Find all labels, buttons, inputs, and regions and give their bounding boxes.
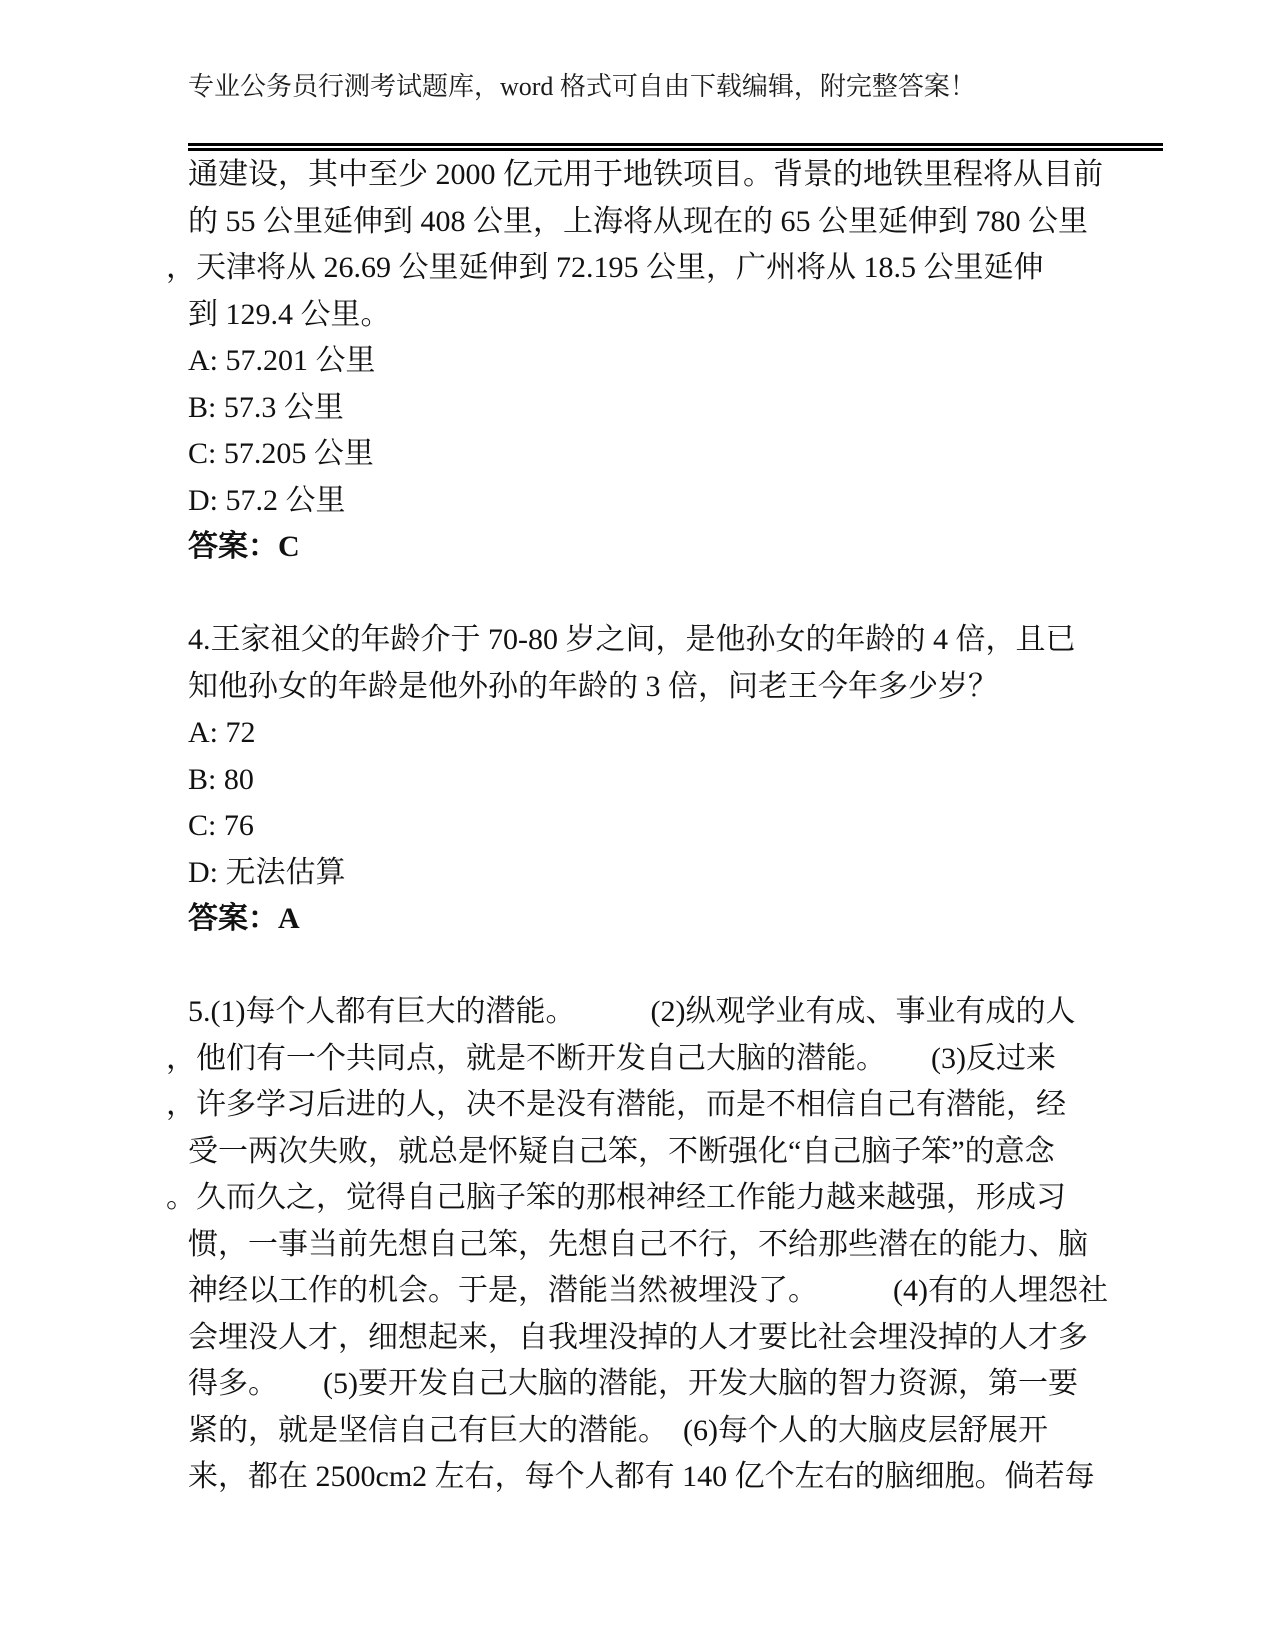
page-header-text: 专业公务员行测考试题库，word 格式可自由下载编辑，附完整答案！ [188,70,1163,104]
question3-answer: 答案：C [188,524,1188,571]
question4-body-line: 4.王家祖父的年龄介于 70-80 岁之间，是他孙女的年龄的 4 倍，且已 [188,617,1188,664]
question3-option-b: B: 57.3 公里 [188,385,1188,432]
question5-body-line: 得多。 (5)要开发自己大脑的潜能，开发大脑的智力资源，第一要 [188,1361,1188,1408]
question5-body-line: 紧的，就是坚信自己有巨大的潜能。 (6)每个人的大脑皮层舒展开 [188,1408,1188,1455]
header-divider-rule [188,143,1163,151]
question5-body-line: 。久而久之，觉得自己脑子笨的那根神经工作能力越来越强，形成习 [188,1175,1188,1222]
question3-option-c: C: 57.205 公里 [188,431,1188,478]
question4-option-d: D: 无法估算 [188,850,1188,897]
question5-body-line: 神经以工作的机会。于是，潜能当然被埋没了。 (4)有的人埋怨社 [188,1268,1188,1315]
question5-body-line: 会埋没人才，细想起来，自我埋没掉的人才要比社会埋没掉的人才多 [188,1315,1188,1362]
question3-option-a: A: 57.201 公里 [188,338,1188,385]
question4-option-c: C: 76 [188,803,1188,850]
question4-option-a: A: 72 [188,710,1188,757]
question5-body-line: 惯，一事当前先想自己笨，先想自己不行，不给那些潜在的能力、脑 [188,1222,1188,1269]
blank-line [188,571,1188,618]
question5-body-line: ，他们有一个共同点，就是不断开发自己大脑的潜能。 (3)反过来 [188,1036,1188,1083]
question5-body-line: 受一两次失败，就总是怀疑自己笨，不断强化“自己脑子笨”的意念 [188,1129,1188,1176]
question4-body-line: 知他孙女的年龄是他外孙的年龄的 3 倍，问老王今年多少岁？ [188,664,1188,711]
question3-body-line: ，天津将从 26.69 公里延伸到 72.195 公里，广州将从 18.5 公里… [188,245,1188,292]
question3-body-line: 通建设，其中至少 2000 亿元用于地铁项目。背景的地铁里程将从目前 [188,152,1188,199]
document-content: 通建设，其中至少 2000 亿元用于地铁项目。背景的地铁里程将从目前 的 55 … [188,152,1188,1501]
question3-body-line: 的 55 公里延伸到 408 公里，上海将从现在的 65 公里延伸到 780 公… [188,199,1188,246]
question5-body-line: 来，都在 2500cm2 左右，每个人都有 140 亿个左右的脑细胞。倘若每 [188,1454,1188,1501]
question4-option-b: B: 80 [188,757,1188,804]
question5-body-line: ，许多学习后进的人，决不是没有潜能，而是不相信自己有潜能，经 [188,1082,1188,1129]
question5-body-line: 5.(1)每个人都有巨大的潜能。 (2)纵观学业有成、事业有成的人 [188,989,1188,1036]
question3-body-line: 到 129.4 公里。 [188,292,1188,339]
question4-answer: 答案：A [188,896,1188,943]
blank-line [188,943,1188,990]
question3-option-d: D: 57.2 公里 [188,478,1188,525]
